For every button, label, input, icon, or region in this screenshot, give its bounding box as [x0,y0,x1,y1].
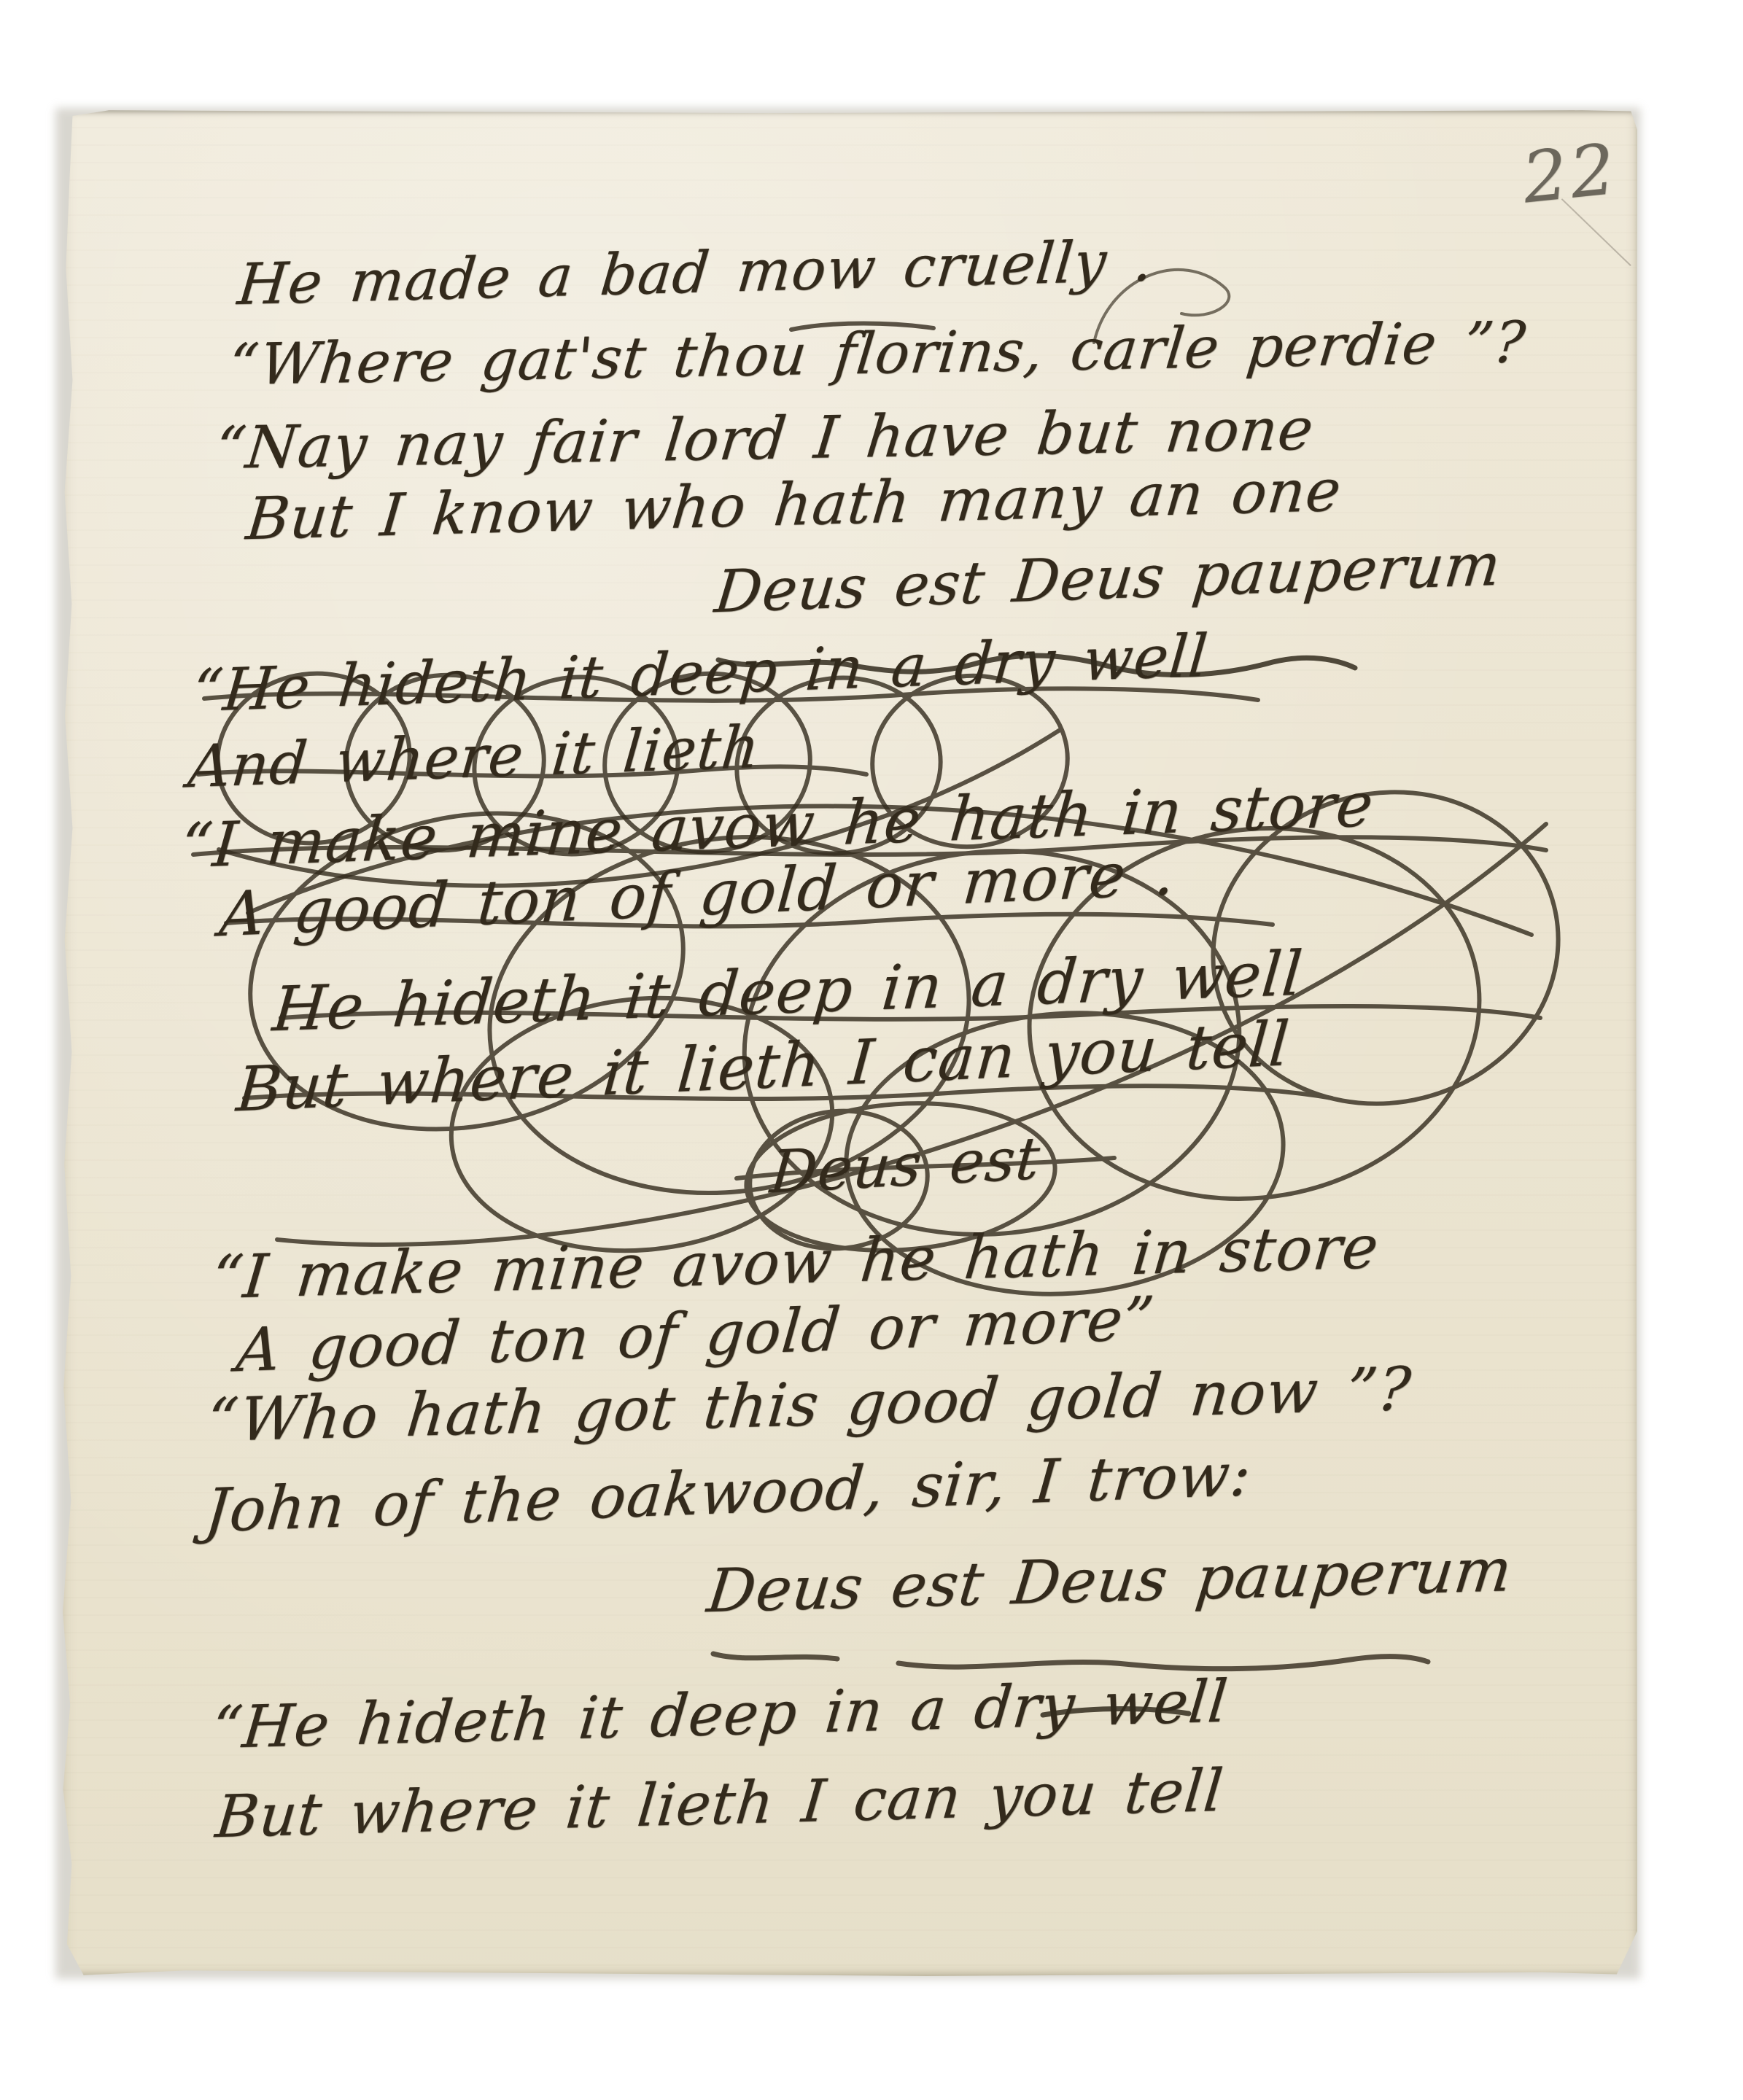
scan-background: 22 He made a bad mow cruelly . “Where ga… [0,0,1743,2100]
manuscript-line-struck: Deus est [768,1129,1043,1202]
